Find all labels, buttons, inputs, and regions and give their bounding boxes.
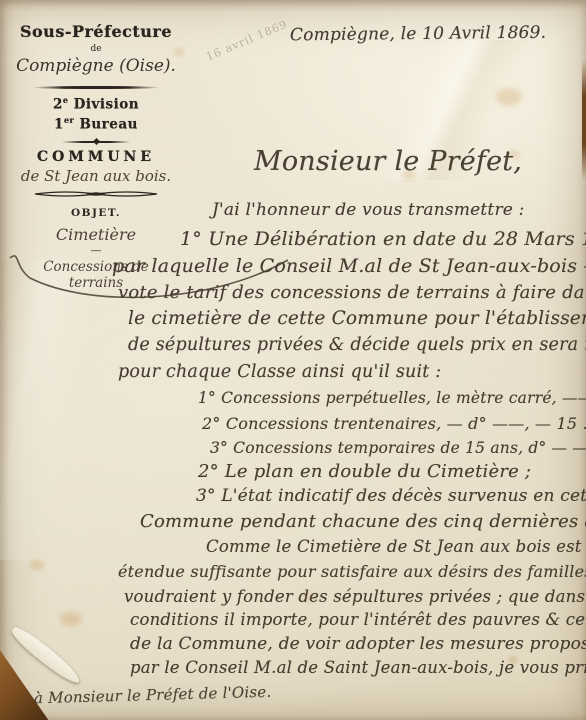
bureau-line: 1er Bureau — [14, 115, 178, 133]
letterhead-de: de — [14, 44, 178, 54]
body-line: pour chaque Classe ainsi qu'il suit : — [118, 362, 441, 382]
tariff-line: 3° Concessions temporaires de 15 ans, d°… — [210, 439, 586, 457]
objet-subject: Cimetière — [14, 225, 178, 244]
body-line: voudraient y fonder des sépultures privé… — [124, 587, 586, 606]
objet-label: OBJET. — [14, 207, 178, 219]
commune-name: de St Jean aux bois. — [14, 167, 178, 185]
body-line: conditions il importe, pour l'intérêt de… — [130, 610, 586, 629]
body-line: 3° L'état indicatif des décès survenus e… — [196, 486, 586, 506]
body-line: Commune pendant chacune des cinq dernièr… — [140, 511, 586, 532]
body-line: 2° Le plan en double du Cimetière ; — [198, 461, 531, 482]
leaf-flourish-divider — [31, 189, 161, 199]
division-superscript: e — [63, 95, 69, 105]
body-line: J'ai l'honneur de vous transmettre : — [212, 200, 525, 220]
dateline: Compiègne, le 10 Avril 1869. — [290, 23, 546, 46]
division-line: 2e Division — [14, 95, 178, 113]
body-line: vote le tarif des concessions de terrain… — [118, 282, 586, 303]
letterhead-place: Compiègne (Oise). — [14, 56, 178, 76]
tariff-line: 1° Concessions perpétuelles, le mètre ca… — [198, 389, 586, 407]
bureau-number: 1 — [54, 116, 64, 132]
body-line: étendue suffisante pour satisfaire aux d… — [118, 562, 586, 581]
right-edge-backing — [582, 60, 586, 180]
tariff-line: 2° Concessions trentenaires, — d° ——, — … — [202, 414, 586, 433]
commune-label: COMMUNE — [14, 149, 178, 165]
bureau-superscript: er — [64, 115, 74, 125]
letterhead: Sous-Préfecture de Compiègne (Oise). 2e … — [14, 22, 178, 291]
body-line: le cimetière de cette Commune pour l'éta… — [128, 308, 586, 329]
body-line: par le Conseil M.al de Saint Jean-aux-bo… — [130, 658, 586, 677]
salutation: Monsieur le Préfet, — [254, 146, 522, 177]
body-line: de sépultures privées & décide quels pri… — [128, 335, 586, 355]
body-line: par laquelle le Conseil M.al de St Jean-… — [112, 255, 586, 277]
body-line: 1° Une Délibération en date du 28 Mars 1… — [180, 228, 586, 250]
bureau-word: Bureau — [79, 116, 138, 132]
body-line: de la Commune, de voir adopter les mesur… — [130, 634, 586, 654]
body-line: Comme le Cimetière de St Jean aux bois e… — [206, 537, 586, 556]
letterhead-divider-small — [62, 139, 130, 144]
letterhead-title: Sous-Préfecture — [14, 22, 178, 41]
scanned-letter-photo: Sous-Préfecture de Compiègne (Oise). 2e … — [0, 0, 586, 720]
division-word: Division — [74, 97, 139, 113]
letterhead-divider — [32, 86, 160, 89]
division-number: 2 — [53, 97, 63, 113]
